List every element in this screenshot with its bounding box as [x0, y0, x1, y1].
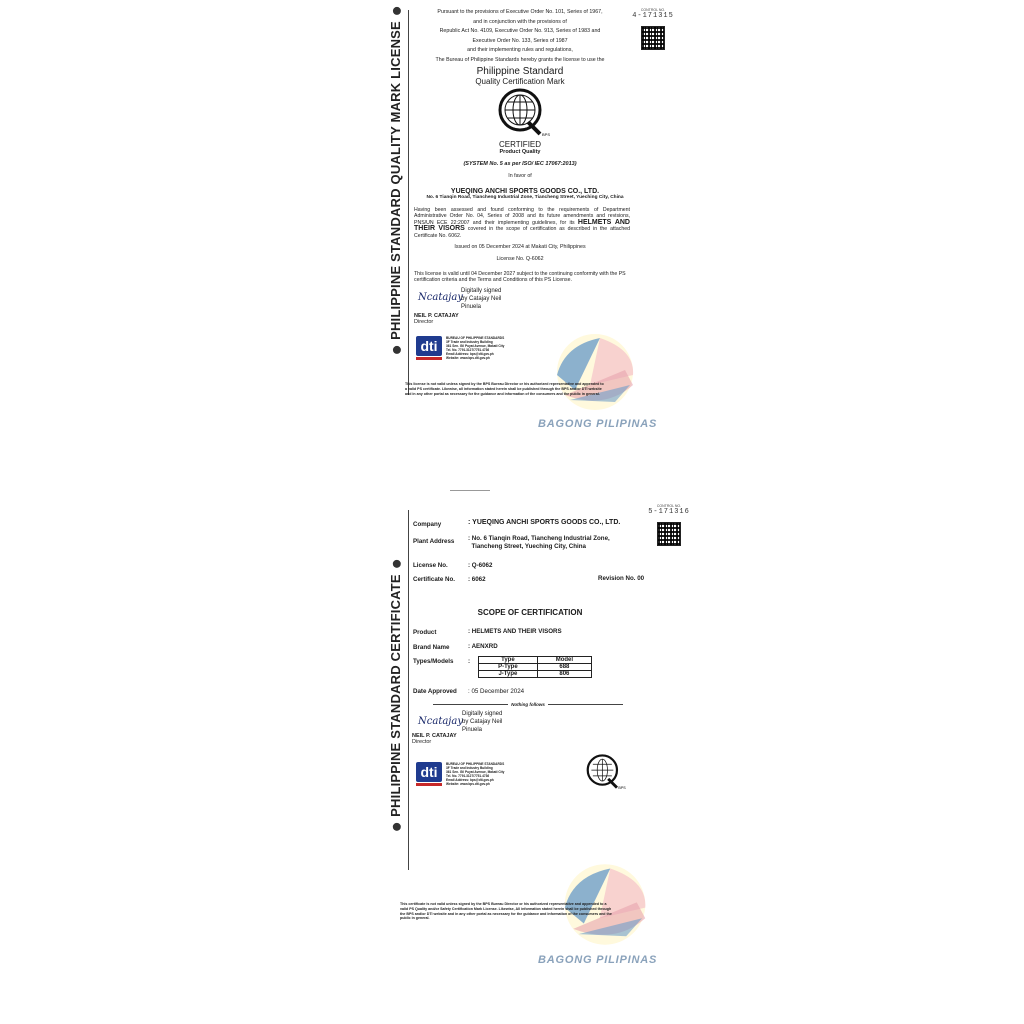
product-quality-label: Product Quality [420, 149, 620, 155]
license-no-label: License No. [413, 562, 448, 569]
table-header-cell: Model [537, 657, 591, 664]
revision-no: Revision No. 00 [598, 575, 644, 582]
bullet-icon [392, 560, 400, 568]
footer-note: This license is not valid unless signed … [405, 382, 605, 396]
license-side-title: PHILIPPINE STANDARD QUALITY MARK LICENSE [380, 10, 410, 350]
brand-value: : AENXRD [468, 643, 498, 650]
brand-value-text: AENXRD [472, 643, 498, 650]
digital-sig-line: Digitally signed [461, 287, 501, 295]
dti-logo: dti [416, 336, 442, 360]
table-cell: P-Type [479, 664, 538, 671]
side-title-text: PHILIPPINE STANDARD QUALITY MARK LICENSE [388, 21, 403, 340]
certificate-no-value: : 6062 [468, 576, 486, 583]
in-favor-label: In favor of [420, 173, 620, 179]
svg-text:BPS: BPS [618, 786, 626, 790]
system-label: (SYSTEM No. 5 as per ISO/ IEC 17067:2013… [420, 161, 620, 167]
side-title-text: PHILIPPINE STANDARD CERTIFICATE [388, 574, 403, 817]
plant-address-label: Plant Address [413, 538, 454, 545]
preamble: Pursuant to the provisions of Executive … [420, 8, 620, 65]
page-separator [450, 490, 490, 491]
types-colon: : [468, 658, 470, 665]
qr-code-icon [641, 26, 665, 50]
preamble-line: Republic Act No. 4109, Executive Order N… [420, 27, 620, 37]
license-body: Having been assessed and found conformin… [414, 207, 630, 239]
dti-logo-bar [416, 783, 442, 786]
brand-label: Brand Name [413, 644, 449, 651]
preamble-line: Pursuant to the provisions of Executive … [420, 8, 620, 18]
table-cell: J-Type [479, 671, 538, 678]
bps-address: BUREAU OF PHILIPPINE STANDARDS 3F Trade … [446, 762, 504, 786]
plant-address-value: : No. 6 Tianqin Road, Tiancheng Industri… [468, 535, 610, 551]
preamble-line: and in conjunction with the provisions o… [420, 18, 620, 28]
address-line: Website: www.bps.dti.gov.ph [446, 356, 504, 360]
table-header-cell: Type [479, 657, 538, 664]
preamble-line: Executive Order No. 133, Series of 1987 [420, 37, 620, 47]
company-value: : YUEQING ANCHI SPORTS GOODS CO., LTD. [468, 519, 620, 526]
mark-title: Philippine Standard [420, 66, 620, 77]
types-label: Types/Models [413, 658, 453, 665]
table-row: P-Type 688 [479, 664, 592, 671]
bagong-pilipinas-logo-icon [545, 330, 645, 415]
certificate-no-label: Certificate No. [413, 576, 455, 583]
ps-globe-seal-icon: BPS [586, 754, 626, 792]
certified-label: CERTIFIED [420, 140, 620, 149]
issued-date: Issued on 05 December 2024 at Makati Cit… [420, 244, 620, 250]
digital-sig-line: Pinuela [461, 303, 501, 311]
nothing-follows-divider: Nothing follows [430, 702, 626, 707]
address-line: Website: www.bps.dti.gov.ph [446, 782, 504, 786]
date-approved-value: : 05 December 2024 [468, 688, 524, 695]
bullet-icon [392, 822, 400, 830]
dti-logo-bar [416, 357, 442, 360]
company-label: Company [413, 521, 441, 528]
qr-code-icon [657, 522, 681, 546]
product-label: Product [413, 629, 436, 636]
ps-globe-seal-icon: BPS [498, 88, 552, 140]
table-header: Type Model [479, 657, 592, 664]
address-line: No. 6 Tianqin Road, Tiancheng Industrial… [472, 535, 610, 542]
company-address: No. 6 Tianqin Road, Tiancheng Industrial… [410, 195, 640, 200]
license-number: License No. Q-6062 [420, 256, 620, 262]
date-approved-text: 05 December 2024 [471, 688, 524, 695]
validity-text: This license is valid until 04 December … [414, 271, 630, 284]
bps-address: BUREAU OF PHILIPPINE STANDARDS 3F Trade … [446, 336, 504, 360]
control-number: CONTROL NO. 5-171316 [648, 504, 690, 546]
certificate-document: PHILIPPINE STANDARD CERTIFICATE CONTROL … [0, 490, 1024, 1024]
nothing-follows-text: Nothing follows [511, 702, 545, 707]
digital-sig-line: Digitally signed [462, 710, 502, 718]
signature: Ncatajay [418, 292, 463, 303]
bullet-icon [392, 345, 400, 353]
date-approved-label: Date Approved [413, 688, 457, 695]
scope-title: SCOPE OF CERTIFICATION [430, 608, 630, 617]
control-no: 5-171316 [648, 508, 690, 516]
table-cell: 806 [537, 671, 591, 678]
license-no-value: : Q-6062 [468, 562, 492, 569]
dti-logo: dti [416, 762, 442, 786]
divider [408, 10, 409, 395]
bagong-pilipinas-text: BAGONG PILIPINAS [538, 954, 657, 966]
digital-sig-line: by Catajay Neil [461, 295, 501, 303]
signatory-title: Director [414, 319, 459, 325]
footer-note: This certificate is not valid unless sig… [400, 902, 615, 921]
table-cell: 688 [537, 664, 591, 671]
certificate-side-title: PHILIPPINE STANDARD CERTIFICATE [380, 540, 410, 850]
control-no: 4-171315 [632, 12, 674, 20]
preamble-line: and their implementing rules and regulat… [420, 46, 620, 56]
digital-sig-line: by Catajay Neil [462, 718, 502, 726]
product-value-text: HELMETS AND THEIR VISORS [472, 628, 562, 635]
company-name: YUEQING ANCHI SPORTS GOODS CO., LTD. [410, 188, 640, 195]
table-row: J-Type 806 [479, 671, 592, 678]
address-line: Tiancheng Street, Yueching City, China [471, 543, 586, 550]
certificate-no-text: 6062 [472, 576, 486, 583]
preamble-line: The Bureau of Philippine Standards hereb… [420, 56, 620, 66]
dti-logo-mark: dti [416, 336, 442, 356]
product-value: : HELMETS AND THEIR VISORS [468, 628, 562, 635]
divider [408, 510, 409, 870]
bullet-icon [392, 7, 400, 15]
bagong-pilipinas-text: BAGONG PILIPINAS [538, 418, 657, 430]
types-models-table: Type Model P-Type 688 J-Type 806 [478, 656, 592, 678]
company-value-text: YUEQING ANCHI SPORTS GOODS CO., LTD. [472, 519, 620, 526]
control-number: CONTROL NO. 4-171315 [632, 8, 674, 50]
digital-sig-line: Pinuela [462, 726, 502, 734]
license-document: PHILIPPINE STANDARD QUALITY MARK LICENSE… [0, 0, 1024, 460]
signature: Ncatajay [418, 716, 463, 727]
svg-text:BPS: BPS [542, 132, 550, 137]
mark-subtitle: Quality Certification Mark [420, 77, 620, 86]
license-no-text: Q-6062 [472, 562, 493, 569]
signatory-title: Director [412, 739, 457, 745]
dti-logo-mark: dti [416, 762, 442, 782]
